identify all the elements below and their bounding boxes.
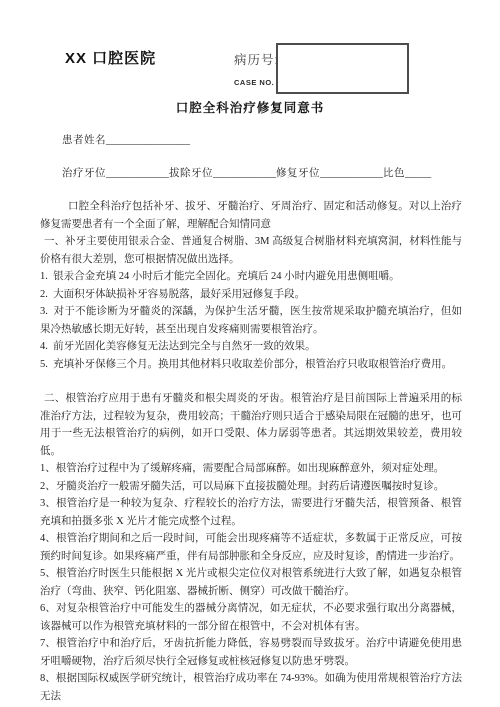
teeth-fields-line: 治疗牙位____________拔除牙位____________修复牙位____…: [62, 165, 462, 183]
patient-name-blank: ________________: [106, 135, 190, 146]
section1-item-5: 5. 充填补牙保修三个月。换用其他材料只收取差价部分，根管治疗只收取根管治疗费用…: [40, 356, 462, 374]
document-title: 口腔全科治疗修复同意书: [0, 98, 500, 116]
case-no-label-cn: 病历号:: [234, 50, 279, 68]
section1-item-3: 3. 对于不能诊断为牙髓炎的深龋，为保护生活牙髓，医生按常规采取护髓充填治疗，但…: [40, 303, 462, 338]
section2-item-4: 4、根管治疗期间和之后一段时间，可能会出现疼痛等不适症状，多数属于正常反应，可按…: [40, 530, 462, 565]
patient-name-line: 患者姓名________________: [62, 132, 462, 150]
case-no-box: [276, 43, 409, 94]
section2-item-3: 3、根管治疗是一种较为复杂、疗程较长的治疗方法，需要进行牙髓失活，根管预备、根管…: [40, 495, 462, 530]
section1-item-4: 4. 前牙光固化美容修复无法达到完全与自然牙一致的效果。: [40, 338, 462, 356]
extract-teeth-label: 拔除牙位: [169, 168, 213, 179]
section1-item-1: 1. 银汞合金充填 24 小时后才能完全固化。充填后 24 小时内避免用患侧咀嚼…: [40, 268, 462, 286]
hospital-name: XX 口腔医院: [65, 47, 156, 68]
shade-blank: _____: [405, 168, 431, 179]
section2-item-6: 6、对复杂根管治疗中可能发生的器械分离情况，如无症状，不必要求强行取出分离器械，…: [40, 600, 462, 635]
section-filling: 一、补牙主要使用银汞合金、普通复合树脂、3M 高级复合树脂材料充填窝洞，材料性能…: [40, 233, 462, 373]
treat-teeth-blank: ____________: [106, 168, 169, 179]
section2-heading: 二、根管治疗应用于患有牙髓炎和根尖周炎的牙齿。根管治疗是目前国际上普遍采用的标准…: [40, 390, 462, 460]
intro-paragraph: 口腔全科治疗包括补牙、拔牙、牙髓治疗、牙周治疗、固定和活动修复。对以上治疗修复需…: [40, 198, 462, 233]
section2-item-1: 1、根管治疗过程中为了缓解疼痛，需要配合局部麻醉。如出现麻醉意外，须对症处理。: [40, 460, 462, 478]
section1-heading: 一、补牙主要使用银汞合金、普通复合树脂、3M 高级复合树脂材料充填窝洞，材料性能…: [40, 233, 462, 268]
restore-teeth-blank: ____________: [320, 168, 383, 179]
shade-label: 比色: [383, 168, 405, 179]
patient-name-label: 患者姓名: [62, 135, 106, 146]
restore-teeth-label: 修复牙位: [276, 168, 320, 179]
section2-item-2: 2、牙髓炎治疗一般需牙髓失活，可以局麻下直接拔髓处理。封药后请遵医嘱按时复诊。: [40, 478, 462, 496]
treat-teeth-label: 治疗牙位: [62, 168, 106, 179]
section-gap: [40, 373, 462, 390]
section-root-canal: 二、根管治疗应用于患有牙髓炎和根尖周炎的牙齿。根管治疗是目前国际上普遍采用的标准…: [40, 390, 462, 705]
section1-item-2: 2. 大面积牙体缺损补牙容易脱落，最好采用冠修复手段。: [40, 286, 462, 304]
document-page: XX 口腔医院 病历号: CASE NO. 口腔全科治疗修复同意书 患者姓名__…: [0, 0, 500, 707]
extract-teeth-blank: ____________: [213, 168, 276, 179]
section2-item-5: 5、根管治疗时医生只能根据 X 光片或根尖定位仪对根管系统进行大致了解，如遇复杂…: [40, 565, 462, 600]
case-no-label-en: CASE NO.: [234, 78, 274, 87]
section2-item-8: 8、根据国际权威医学研究统计，根管治疗成功率在 74-93%。如确为使用常规根管…: [40, 670, 462, 705]
document-body: 患者姓名________________ 治疗牙位____________拔除牙…: [40, 132, 462, 705]
section2-item-7: 7、根管治疗中和治疗后，牙齿抗折能力降低，容易劈裂而导致拔牙。治疗中请避免使用患…: [40, 635, 462, 670]
